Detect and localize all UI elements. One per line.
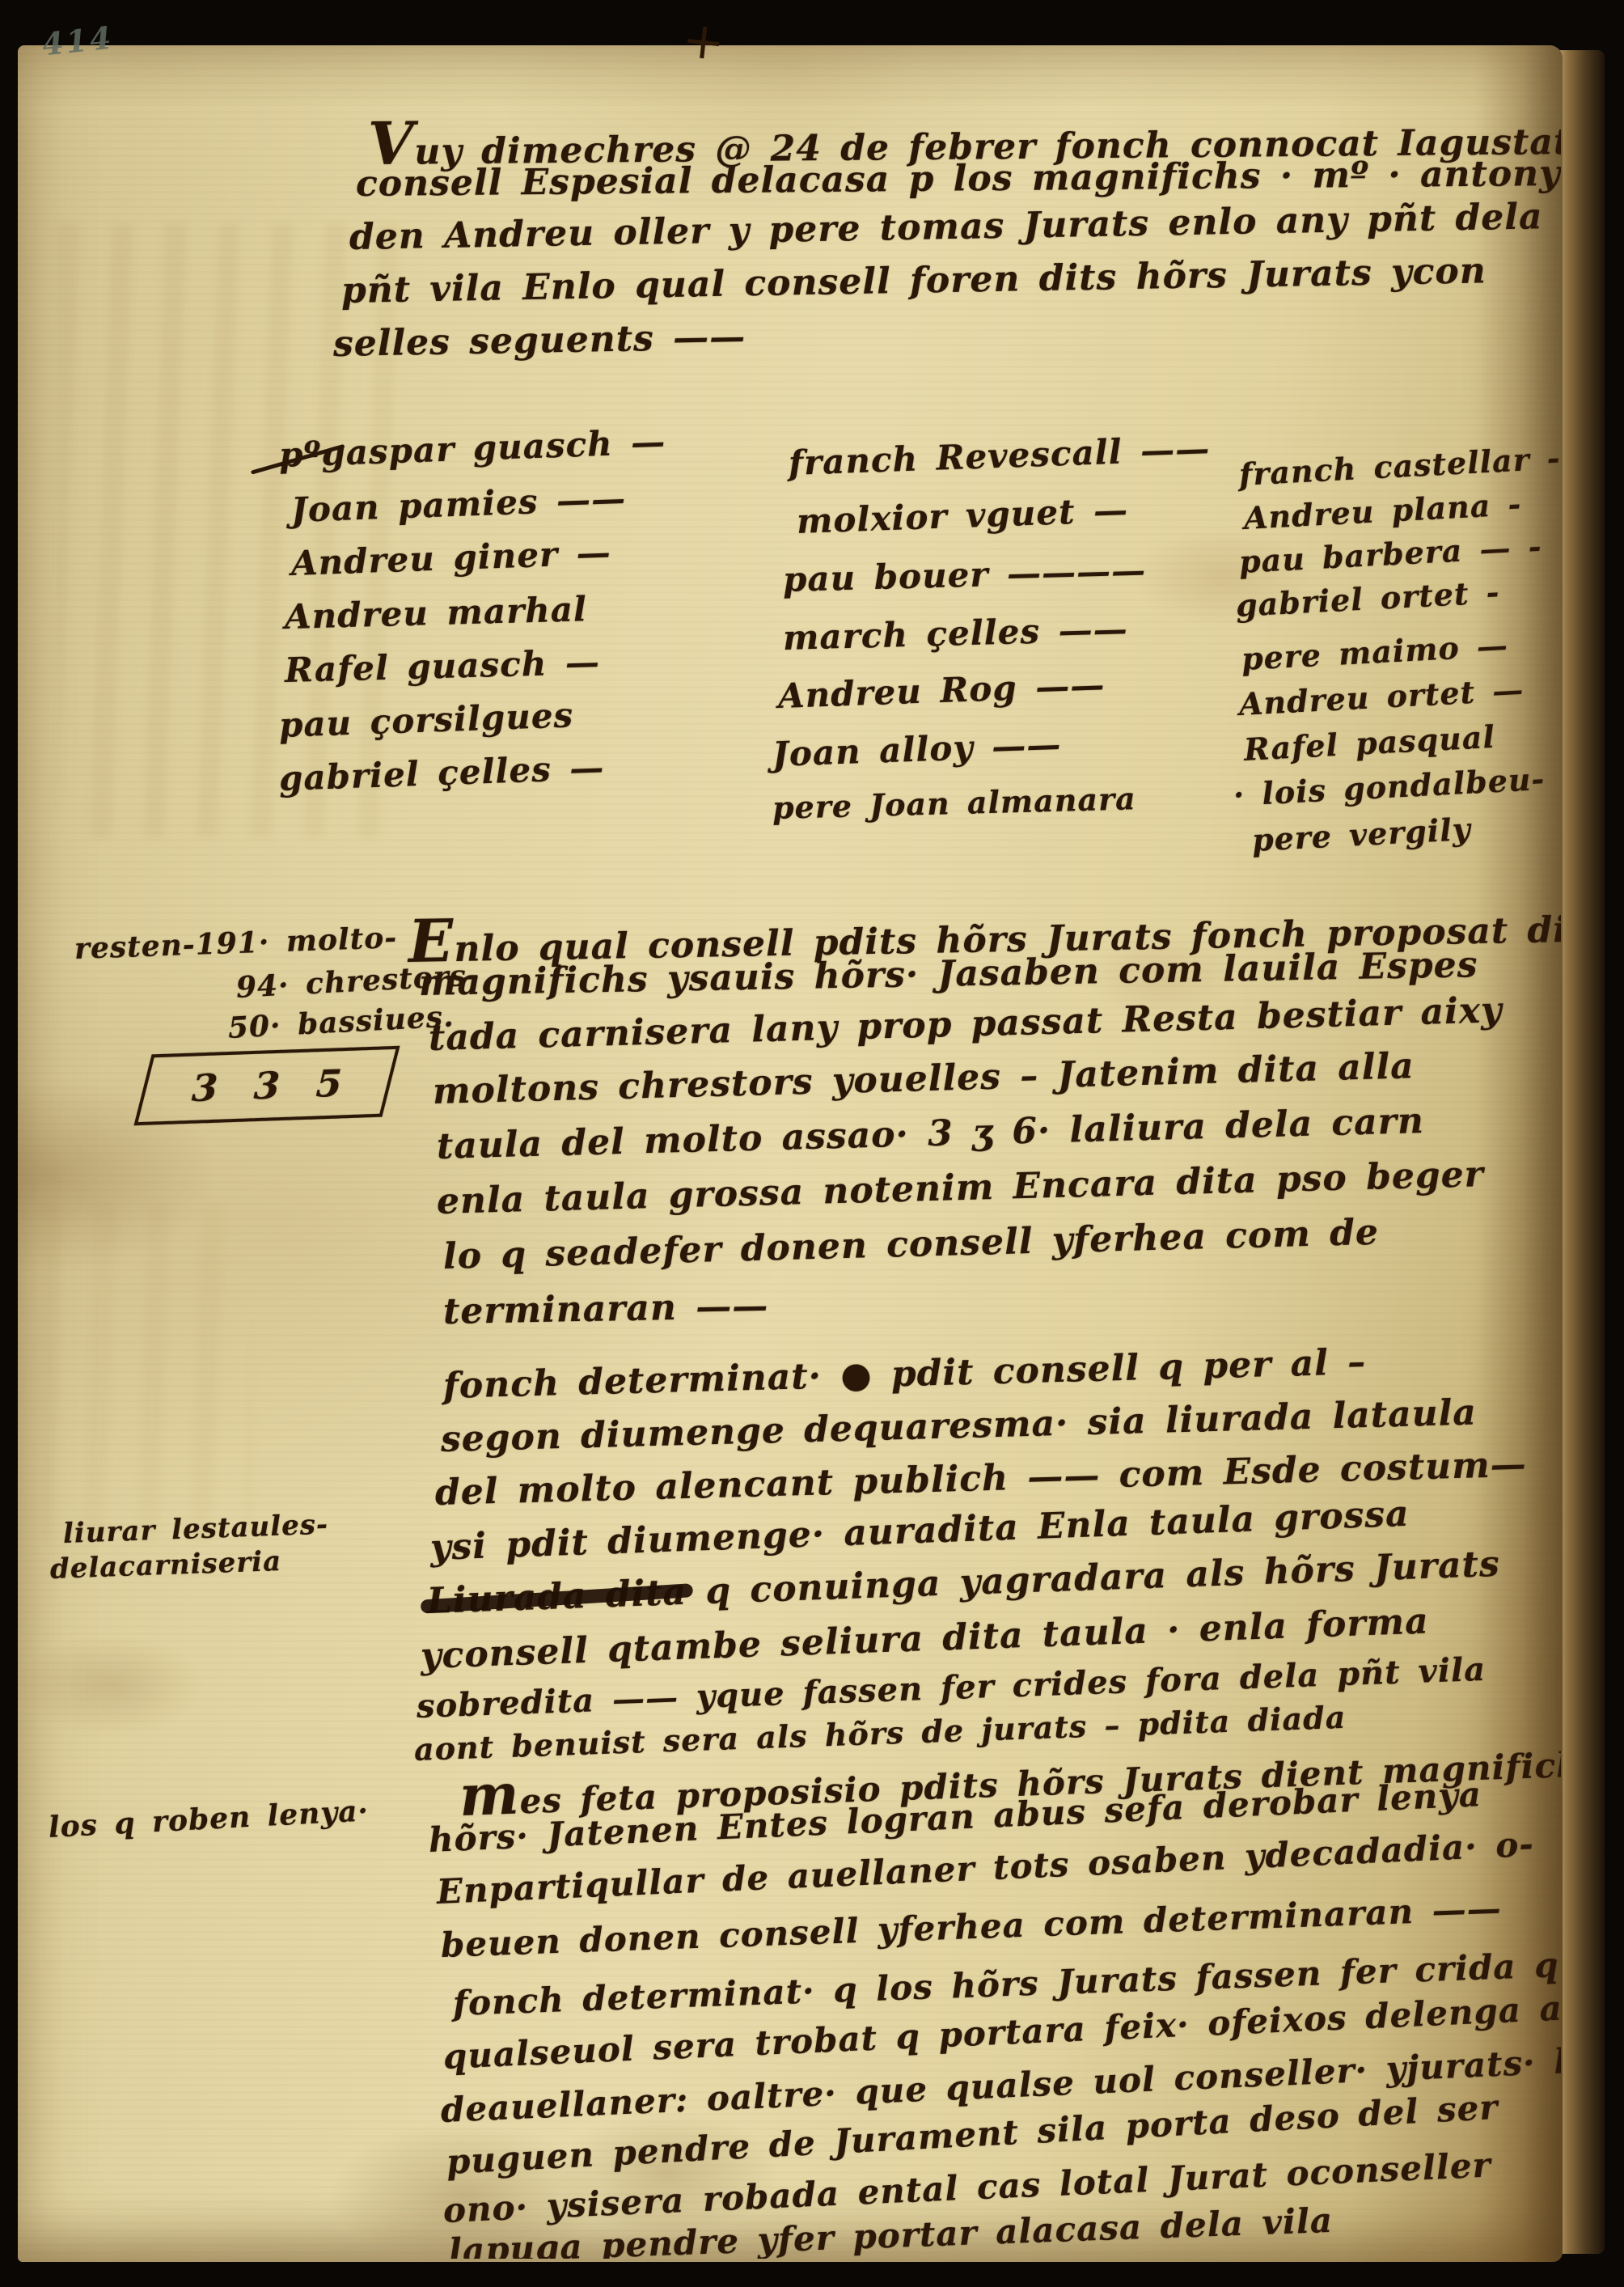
margin-note-firewood: los q roben lenya·	[48, 1794, 370, 1844]
councillor-name: Joan alloy ——	[772, 725, 1062, 774]
councillor-name: Joan pamies ——	[290, 479, 627, 530]
margin-note-livestock: resten-191· molto-	[74, 921, 398, 966]
councillor-name: molxior vguet —	[796, 490, 1129, 541]
tally-total-value: 335	[155, 1060, 379, 1111]
heading-line: selles seguents ——	[333, 316, 746, 365]
councillor-name: Andreu plana -	[1243, 485, 1523, 536]
councillor-name: gabriel çelles —	[278, 748, 605, 798]
heading-line: pñt vila Enlo qual consell foren dits hõ…	[341, 250, 1487, 311]
margin-note-deliver-tables: liurar lestaules-	[62, 1509, 328, 1550]
councillor-name: Rafel pasqual	[1243, 718, 1496, 768]
invocation-cross-mark: +	[679, 9, 727, 72]
councillor-name: pºgaspar guasch —	[278, 421, 666, 475]
councillor-name-text: gaspar guasch —	[320, 421, 666, 473]
councillor-name: pere vergily	[1251, 811, 1472, 858]
councillor-name: · lois gondalbeu-	[1233, 760, 1546, 813]
tally-total-box: 335	[133, 1046, 400, 1126]
heading-line: den Andreu oller y pere tomas Jurats enl…	[349, 196, 1543, 258]
councillor-name: Rafel guasch —	[284, 642, 600, 690]
struck-abbreviation: pº	[278, 434, 322, 475]
councillor-name: pau barbera — -	[1238, 527, 1543, 580]
margin-note-deliver-tables: delacarniseria	[49, 1545, 281, 1586]
paragraph-line: fonch determinat· ● pdit consell q per a…	[442, 1341, 1366, 1407]
councillor-name: pau bouer ————	[782, 550, 1146, 599]
councillor-name: gabriel ortet -	[1235, 574, 1501, 624]
councillor-name: Andreu giner —	[290, 532, 611, 583]
councillor-name: Andreu Rog ——	[777, 665, 1106, 716]
manuscript-text-layer: 414 + Vuy dimechres @ 24 de febrer fonch…	[0, 0, 1561, 2259]
paragraph-line: lo q seadefer donen consell yferhea com …	[442, 1212, 1379, 1277]
councillor-name: franch castellar -	[1238, 439, 1561, 493]
councillor-name: Andreu ortet —	[1238, 671, 1525, 722]
councillor-name: pau çorsilgues	[278, 695, 574, 745]
margin-note-livestock: 50· bassiues.	[227, 999, 455, 1045]
councillor-name: pere Joan almanara	[772, 780, 1136, 826]
paragraph-line: taula del molto assao· 3 ʒ 6· laliura de…	[436, 1100, 1424, 1167]
councillor-name: march çelles ——	[782, 609, 1128, 658]
struck-out-words: Liurada dita	[426, 1572, 687, 1622]
paragraph-line: enla taula grossa notenim Encara dita ps…	[436, 1154, 1484, 1222]
photo-backdrop: { "document": { "folio_number": "414", "…	[0, 0, 1624, 2287]
councillor-name: pere maimo —	[1241, 627, 1509, 677]
paragraph-line: terminaran ——	[443, 1285, 769, 1332]
folio-number: 414	[40, 19, 116, 63]
paragraph-line: moltons chrestors youelles – Jatenim dit…	[432, 1045, 1415, 1112]
councillor-name: franch Revescall ——	[788, 429, 1211, 483]
councillor-name: Andreu marhal	[284, 589, 587, 637]
